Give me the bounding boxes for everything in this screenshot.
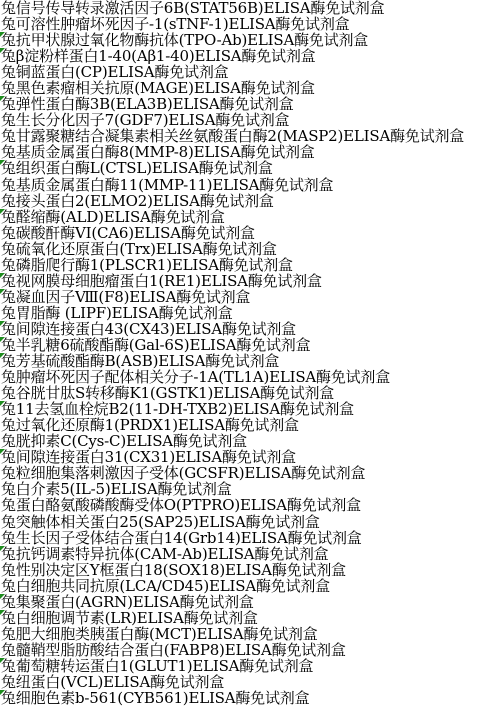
error-indicator-icon	[0, 289, 5, 294]
cell-text: 兔抗甲状腺过氧化物酶抗体(TPO-Ab)ELISA酶免试剂盒	[1, 32, 368, 48]
error-indicator-icon	[0, 594, 5, 599]
cell-text: 兔细胞色素b-561(CYB561)ELISA酶免试剂盒	[1, 690, 309, 706]
cell-row[interactable]: 兔黑色素瘤相关抗原(MAGE)ELISA酶免试剂盒	[0, 80, 495, 96]
error-indicator-icon	[0, 321, 5, 326]
cell-row[interactable]: 兔肥大细胞类胰蛋白酶(MCT)ELISA酶免试剂盒	[0, 626, 495, 642]
cell-text: 兔谷胱甘肽S转移酶Κ1(GSTΚ1)ELISA酶免试剂盒	[1, 385, 334, 401]
cell-row[interactable]: 兔抗钙调素特异抗体(CAM-Ab)ELISA酶免试剂盒	[0, 546, 495, 562]
cell-text: 兔性别决定区Y框蛋白18(SOX18)ELISA酶免试剂盒	[1, 562, 346, 578]
cell-text: 兔组织蛋白酶L(CTSL)ELISA酶免试剂盒	[1, 160, 273, 176]
cell-text: 兔抗钙调素特异抗体(CAM-Ab)ELISA酶免试剂盒	[1, 546, 328, 562]
cell-row[interactable]: 兔间隙连接蛋白31(CX31)ELISA酶免试剂盒	[0, 449, 495, 465]
cell-text: 兔基质金属蛋白酶8(MMP-8)ELISA酶免试剂盒	[1, 144, 315, 160]
error-indicator-icon	[0, 273, 5, 278]
error-indicator-icon	[0, 337, 5, 342]
cell-row[interactable]: 兔11去氢血栓烷B2(11-DH-TXB2)ELISA酶免试剂盒	[0, 401, 495, 417]
error-indicator-icon	[0, 610, 5, 615]
cell-row[interactable]: 兔弹性蛋白酶3B(ELA3B)ELISA酶免试剂盒	[0, 96, 495, 112]
cell-text: 兔蛋白酪氨酸磷酸酶受体O(PTPRO)ELISA酶免试剂盒	[1, 497, 361, 513]
cell-row[interactable]: 兔半乳糖6硫酸酯酶(Gal-6S)ELISA酶免试剂盒	[0, 337, 495, 353]
cell-text: 兔过氧化还原酶1(PRDX1)ELISA酶免试剂盒	[1, 417, 299, 433]
cell-row[interactable]: 兔胃脂酶 (LIPF)ELISA酶免试剂盒	[0, 305, 495, 321]
cell-text: 兔信号传导转录激活因子6B(STAT56B)ELISA酶免试剂盒	[1, 0, 384, 16]
cell-row[interactable]: 兔谷胱甘肽S转移酶Κ1(GSTΚ1)ELISA酶免试剂盒	[0, 385, 495, 401]
cell-row[interactable]: 兔肿瘤坏死因子配体相关分子-1A(TL1A)ELISA酶免试剂盒	[0, 369, 495, 385]
cell-row[interactable]: 兔铜蓝蛋白(CP)ELISA酶免试剂盒	[0, 64, 495, 80]
cell-row[interactable]: 兔基质金属蛋白酶8(MMP-8)ELISA酶免试剂盒	[0, 144, 495, 160]
cell-text: 兔芳基硫酸酯酶B(ASB)ELISA酶免试剂盒	[1, 353, 279, 369]
cell-text: 兔髓鞘型脂肪酸结合蛋白(FABP8)ELISA酶免试剂盒	[1, 642, 346, 658]
cell-row[interactable]: 兔蛋白酪氨酸磷酸酶受体O(PTPRO)ELISA酶免试剂盒	[0, 497, 495, 513]
cell-text: 兔11去氢血栓烷B2(11-DH-TXB2)ELISA酶免试剂盒	[1, 401, 354, 417]
error-indicator-icon	[0, 353, 5, 358]
cell-text: 兔突触体相关蛋白25(SAP25)ELISA酶免试剂盒	[1, 514, 320, 530]
error-indicator-icon	[0, 658, 5, 663]
cell-text: 兔硫氧化还原蛋白(Trx)ELISA酶免试剂盒	[1, 241, 277, 257]
cell-row[interactable]: 兔组织蛋白酶L(CTSL)ELISA酶免试剂盒	[0, 160, 495, 176]
cell-text: 兔基质金属蛋白酶11(MMP-11)ELISA酶免试剂盒	[1, 177, 333, 193]
cell-text: 兔白介素5(IL-5)ELISA酶免试剂盒	[1, 481, 232, 497]
cell-row[interactable]: 兔生长分化因子7(GDF7)ELISA酶免试剂盒	[0, 112, 495, 128]
cell-row[interactable]: 兔细胞色素b-561(CYB561)ELISA酶免试剂盒	[0, 690, 495, 706]
cell-row[interactable]: 兔信号传导转录激活因子6B(STAT56B)ELISA酶免试剂盒	[0, 0, 495, 16]
cell-row[interactable]: 兔白细胞共同抗原(LCA/CD45)ELISA酶免试剂盒	[0, 578, 495, 594]
cell-row[interactable]: 兔集聚蛋白(AGRN)ELISA酶免试剂盒	[0, 594, 495, 610]
cell-text: 兔肥大细胞类胰蛋白酶(MCT)ELISA酶免试剂盒	[1, 626, 318, 642]
error-indicator-icon	[0, 449, 5, 454]
cell-row[interactable]: 兔葡萄糖转运蛋白1(GLUT1)ELISA酶免试剂盒	[0, 658, 495, 674]
cell-row[interactable]: 兔可溶性肿瘤坏死因子-1(sTNF-1)ELISA酶免试剂盒	[0, 16, 495, 32]
cell-text: 兔甘露聚糖结合凝集素相关丝氨酸蛋白酶2(MASP2)ELISA酶免试剂盒	[1, 128, 464, 144]
cell-text: 兔凝血因子Ⅷ(F8)ELISA酶免试剂盒	[1, 289, 250, 305]
cell-text: 兔集聚蛋白(AGRN)ELISA酶免试剂盒	[1, 594, 254, 610]
cell-text: 兔葡萄糖转运蛋白1(GLUT1)ELISA酶免试剂盒	[1, 658, 313, 674]
error-indicator-icon	[0, 160, 5, 165]
error-indicator-icon	[0, 401, 5, 406]
cell-row[interactable]: 兔β淀粉样蛋白1-40(Aβ1-40)ELISA酶免试剂盒	[0, 48, 495, 64]
cell-text: 兔铜蓝蛋白(CP)ELISA酶免试剂盒	[1, 64, 228, 80]
cell-row[interactable]: 兔白细胞调节素(LR)ELISA酶免试剂盒	[0, 610, 495, 626]
cell-text: 兔肿瘤坏死因子配体相关分子-1A(TL1A)ELISA酶免试剂盒	[1, 369, 390, 385]
cell-text: 兔磷脂爬行酶1(PLSCR1)ELISA酶免试剂盒	[1, 257, 293, 273]
cell-text: 兔生长分化因子7(GDF7)ELISA酶免试剂盒	[1, 112, 289, 128]
cell-row[interactable]: 兔磷脂爬行酶1(PLSCR1)ELISA酶免试剂盒	[0, 257, 495, 273]
cell-row[interactable]: 兔凝血因子Ⅷ(F8)ELISA酶免试剂盒	[0, 289, 495, 305]
cell-text: 兔半乳糖6硫酸酯酶(Gal-6S)ELISA酶免试剂盒	[1, 337, 310, 353]
cell-row[interactable]: 兔突触体相关蛋白25(SAP25)ELISA酶免试剂盒	[0, 514, 495, 530]
cell-text: 兔白细胞调节素(LR)ELISA酶免试剂盒	[1, 610, 258, 626]
cell-row[interactable]: 兔髓鞘型脂肪酸结合蛋白(FABP8)ELISA酶免试剂盒	[0, 642, 495, 658]
cell-row[interactable]: 兔芳基硫酸酯酶B(ASB)ELISA酶免试剂盒	[0, 353, 495, 369]
error-indicator-icon	[0, 209, 5, 214]
cell-text: 兔视网膜母细胞瘤蛋白1(RE1)ELISA酶免试剂盒	[1, 273, 322, 289]
cell-text: 兔间隙连接蛋白31(CX31)ELISA酶免试剂盒	[1, 449, 296, 465]
cell-row[interactable]: 兔硫氧化还原蛋白(Trx)ELISA酶免试剂盒	[0, 241, 495, 257]
cell-row[interactable]: 兔胱抑素C(Cys-C)ELISA酶免试剂盒	[0, 433, 495, 449]
cell-row[interactable]: 兔碳酸酐酶VI(CA6)ELISA酶免试剂盒	[0, 225, 495, 241]
error-indicator-icon	[0, 32, 5, 37]
cell-row[interactable]: 兔视网膜母细胞瘤蛋白1(RE1)ELISA酶免试剂盒	[0, 273, 495, 289]
cell-text: 兔接头蛋白2(ELMO2)ELISA酶免试剂盒	[1, 193, 274, 209]
cell-text: 兔碳酸酐酶VI(CA6)ELISA酶免试剂盒	[1, 225, 255, 241]
cell-text: 兔β淀粉样蛋白1-40(Aβ1-40)ELISA酶免试剂盒	[1, 48, 315, 64]
cell-row[interactable]: 兔基质金属蛋白酶11(MMP-11)ELISA酶免试剂盒	[0, 177, 495, 193]
cell-text: 兔间隙连接蛋白43(CX43)ELISA酶免试剂盒	[1, 321, 296, 337]
cell-text: 兔弹性蛋白酶3B(ELA3B)ELISA酶免试剂盒	[1, 96, 294, 112]
cell-row[interactable]: 兔间隙连接蛋白43(CX43)ELISA酶免试剂盒	[0, 321, 495, 337]
cell-text: 兔醛缩酶(ALD)ELISA酶免试剂盒	[1, 209, 225, 225]
cell-row[interactable]: 兔接头蛋白2(ELMO2)ELISA酶免试剂盒	[0, 193, 495, 209]
cell-text: 兔胱抑素C(Cys-C)ELISA酶免试剂盒	[1, 433, 247, 449]
spreadsheet-column: 兔信号传导转录激活因子6B(STAT56B)ELISA酶免试剂盒兔可溶性肿瘤坏死…	[0, 0, 495, 706]
error-indicator-icon	[0, 690, 5, 695]
error-indicator-icon	[0, 96, 5, 101]
error-indicator-icon	[0, 546, 5, 551]
cell-row[interactable]: 兔生长因子受体结合蛋白14(Grb14)ELISA酶免试剂盒	[0, 530, 495, 546]
cell-text: 兔生长因子受体结合蛋白14(Grb14)ELISA酶免试剂盒	[1, 530, 362, 546]
cell-text: 兔白细胞共同抗原(LCA/CD45)ELISA酶免试剂盒	[1, 578, 330, 594]
cell-text: 兔胃脂酶 (LIPF)ELISA酶免试剂盒	[1, 305, 233, 321]
cell-row[interactable]: 兔抗甲状腺过氧化物酶抗体(TPO-Ab)ELISA酶免试剂盒	[0, 32, 495, 48]
cell-text: 兔粒细胞集落刺激因子受体(GCSFR)ELISA酶免试剂盒	[1, 465, 365, 481]
cell-row[interactable]: 兔过氧化还原酶1(PRDX1)ELISA酶免试剂盒	[0, 417, 495, 433]
cell-row[interactable]: 兔性别决定区Y框蛋白18(SOX18)ELISA酶免试剂盒	[0, 562, 495, 578]
error-indicator-icon	[0, 48, 5, 53]
cell-row[interactable]: 兔醛缩酶(ALD)ELISA酶免试剂盒	[0, 209, 495, 225]
cell-row[interactable]: 兔甘露聚糖结合凝集素相关丝氨酸蛋白酶2(MASP2)ELISA酶免试剂盒	[0, 128, 495, 144]
cell-text: 兔可溶性肿瘤坏死因子-1(sTNF-1)ELISA酶免试剂盒	[1, 16, 349, 32]
cell-row[interactable]: 兔粒细胞集落刺激因子受体(GCSFR)ELISA酶免试剂盒	[0, 465, 495, 481]
cell-text: 兔纽蛋白(VCL)ELISA酶免试剂盒	[1, 674, 224, 690]
cell-row[interactable]: 兔白介素5(IL-5)ELISA酶免试剂盒	[0, 481, 495, 497]
cell-text: 兔黑色素瘤相关抗原(MAGE)ELISA酶免试剂盒	[1, 80, 315, 96]
cell-row[interactable]: 兔纽蛋白(VCL)ELISA酶免试剂盒	[0, 674, 495, 690]
